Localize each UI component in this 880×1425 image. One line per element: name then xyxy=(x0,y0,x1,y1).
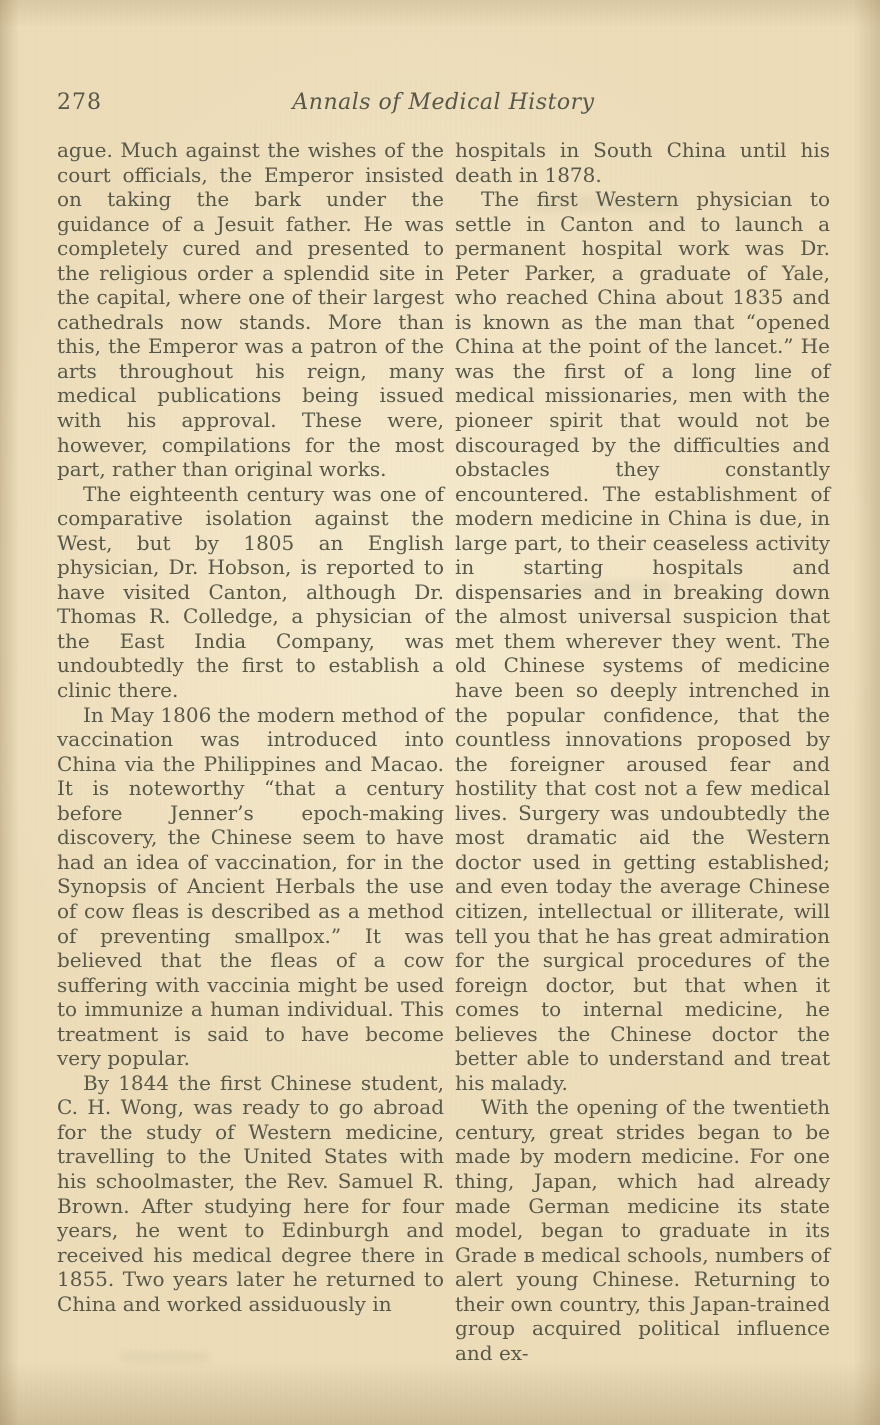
scanned-book-page: 278 Annals of Medical History ague. Much… xyxy=(0,0,880,1425)
paragraph: The first Western physician to settle in… xyxy=(455,187,830,1095)
page-header: 278 Annals of Medical History xyxy=(57,90,830,120)
paragraph-continuation: hospitals in South China until his death… xyxy=(455,138,830,187)
paragraph-continuation: ague. Much against the wishes of the cou… xyxy=(57,138,444,482)
right-column: hospitals in South China until his death… xyxy=(455,138,830,1365)
paragraph: In May 1806 the modern method of vaccina… xyxy=(57,703,444,1071)
two-column-text-block: ague. Much against the wishes of the cou… xyxy=(57,138,830,1365)
running-title: Annals of Medical History xyxy=(57,90,830,115)
left-column: ague. Much against the wishes of the cou… xyxy=(57,138,444,1365)
paragraph: The eighteenth century was one of compar… xyxy=(57,482,444,703)
paragraph: With the opening of the twentieth centur… xyxy=(455,1095,830,1365)
paragraph: By 1844 the first Chinese student, C. H.… xyxy=(57,1071,444,1316)
